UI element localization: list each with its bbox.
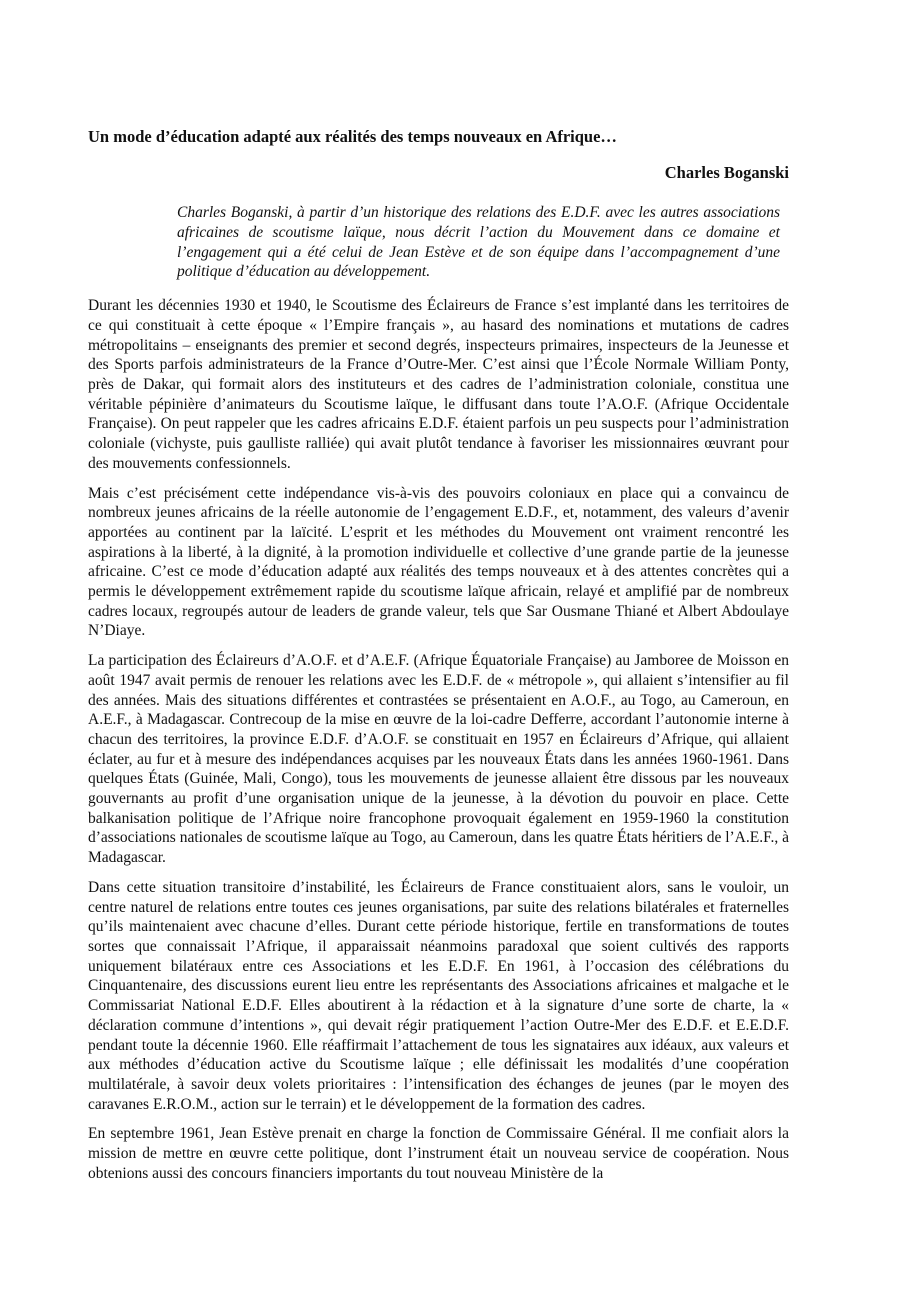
- body-paragraph: En septembre 1961, Jean Estève prenait e…: [88, 1124, 789, 1183]
- body-paragraph: Durant les décennies 1930 et 1940, le Sc…: [88, 296, 789, 473]
- article-title: Un mode d’éducation adapté aux réalités …: [88, 127, 789, 147]
- article-author: Charles Boganski: [88, 163, 789, 183]
- body-paragraph: Dans cette situation transitoire d’insta…: [88, 878, 789, 1114]
- article-body: Durant les décennies 1930 et 1940, le Sc…: [88, 296, 789, 1183]
- document-page: Un mode d’éducation adapté aux réalités …: [0, 0, 921, 1303]
- body-paragraph: La participation des Éclaireurs d’A.O.F.…: [88, 651, 789, 868]
- article-abstract: Charles Boganski, à partir d’un historiq…: [177, 203, 780, 282]
- body-paragraph: Mais c’est précisément cette indépendanc…: [88, 484, 789, 642]
